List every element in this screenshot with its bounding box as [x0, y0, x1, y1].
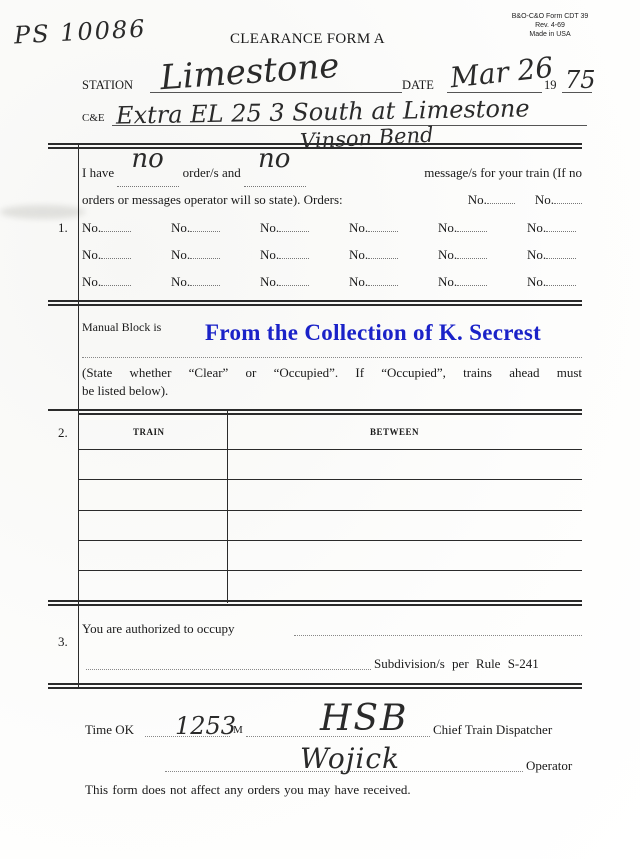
no-label: No.: [349, 274, 368, 289]
order-no-field[interactable]: No.: [527, 247, 576, 263]
no-label: No.: [171, 274, 190, 289]
station-field[interactable]: Limestone: [159, 46, 341, 98]
order-numbers-row: No. No. No. No. No. No.: [82, 247, 582, 263]
table-cell-train[interactable]: [78, 511, 227, 540]
authorized-occupy-text: You are authorized to occupy: [82, 621, 234, 637]
section1-top-rule-2: [48, 147, 582, 149]
operator-label: Operator: [526, 758, 572, 774]
no-label: No.: [527, 274, 546, 289]
manual-block-field[interactable]: [82, 357, 582, 358]
section1-line1: I have no order/s and no message/s for y…: [82, 160, 582, 187]
table-header-train: TRAIN: [133, 427, 165, 437]
no-label: No.: [468, 192, 487, 207]
order-no-field[interactable]: No.: [438, 247, 527, 263]
no-label: No.: [349, 220, 368, 235]
order-no-field[interactable]: No.: [349, 247, 438, 263]
manual-block-label: Manual Block is: [82, 320, 161, 335]
order-no-field[interactable]: No.: [535, 187, 582, 213]
section1-top-rule: [48, 143, 582, 145]
subdivision-field[interactable]: [86, 669, 371, 670]
table-cell-train[interactable]: [78, 571, 227, 600]
order-no-field[interactable]: No.: [527, 220, 576, 236]
messages-text: message/s for your train (If no: [424, 160, 582, 187]
section1-line2: orders or messages operator will so stat…: [82, 187, 582, 213]
block-instruction-line2: be listed below).: [82, 383, 168, 399]
date-field[interactable]: Mar 26: [449, 51, 555, 95]
time-ok-label: Time OK: [85, 722, 134, 738]
operator-signature: Wojick: [300, 742, 400, 775]
dispatcher-initials: HSB: [320, 698, 409, 739]
station-label: STATION: [82, 78, 133, 93]
form-revision: Rev. 4-69: [490, 21, 610, 30]
left-margin-rule: [78, 143, 79, 688]
order-no-field[interactable]: No.: [438, 274, 527, 290]
section3-bottom-rule: [48, 683, 582, 685]
table-top-rule: [48, 409, 582, 411]
form-number: B&O-C&O Form CDT 39: [490, 12, 610, 21]
section2-number: 2.: [58, 425, 68, 441]
collection-watermark: From the Collection of K. Secrest: [205, 320, 541, 346]
section3-bottom-rule-2: [48, 687, 582, 689]
orders-count-field[interactable]: no: [117, 160, 179, 187]
table-cell-between[interactable]: [228, 541, 582, 570]
no-label: No.: [349, 247, 368, 262]
section3-top-rule-2: [48, 604, 582, 606]
table-cell-between[interactable]: [228, 571, 582, 600]
section2-top-rule-2: [48, 304, 582, 306]
order-no-field[interactable]: No.: [468, 187, 515, 213]
no-label: No.: [527, 220, 546, 235]
table-top-rule-2: [78, 413, 582, 415]
orders-and-text: order/s and: [183, 165, 241, 180]
ce-field-line2[interactable]: Vinson Bend: [299, 123, 434, 154]
order-numbers-row: No. No. No. No. No. No.: [82, 220, 582, 236]
order-no-field[interactable]: No.: [438, 220, 527, 236]
order-no-field[interactable]: No.: [260, 274, 349, 290]
order-no-field[interactable]: No.: [349, 274, 438, 290]
dispatcher-label: Chief Train Dispatcher: [433, 722, 552, 738]
table-cell-train[interactable]: [78, 541, 227, 570]
table-header-between: BETWEEN: [370, 427, 419, 437]
orders-instruction: orders or messages operator will so stat…: [82, 187, 343, 213]
no-label: No.: [438, 274, 457, 289]
disclaimer-text: This form does not affect any orders you…: [85, 782, 411, 798]
order-no-field[interactable]: No.: [82, 220, 171, 236]
handwritten-id: PS 10086: [13, 15, 147, 50]
orders-count-value: no: [131, 146, 163, 172]
no-label: No.: [260, 274, 279, 289]
table-cell-between[interactable]: [228, 480, 582, 510]
occupy-field[interactable]: [294, 635, 582, 636]
order-no-field[interactable]: No.: [349, 220, 438, 236]
no-label: No.: [82, 274, 101, 289]
section2-top-rule: [48, 300, 582, 302]
order-no-field[interactable]: No.: [82, 274, 171, 290]
no-label: No.: [171, 220, 190, 235]
table-cell-train[interactable]: [78, 480, 227, 510]
messages-count-value: no: [258, 146, 290, 172]
no-label: No.: [82, 247, 101, 262]
no-label: No.: [260, 247, 279, 262]
order-no-field[interactable]: No.: [171, 220, 260, 236]
order-no-field[interactable]: No.: [260, 220, 349, 236]
order-no-field[interactable]: No.: [82, 247, 171, 263]
order-no-field[interactable]: No.: [171, 274, 260, 290]
no-label: No.: [82, 220, 101, 235]
clearance-form-page: B&O-C&O Form CDT 39 Rev. 4-69 Made in US…: [0, 0, 640, 859]
order-no-field[interactable]: No.: [527, 274, 576, 290]
no-label: No.: [535, 192, 554, 207]
order-numbers-row: No. No. No. No. No. No.: [82, 274, 582, 290]
no-label: No.: [527, 247, 546, 262]
time-suffix: M: [233, 724, 243, 736]
time-ok-value: 1253: [175, 712, 236, 740]
year-field[interactable]: 75: [565, 66, 596, 94]
no-label: No.: [171, 247, 190, 262]
order-no-field[interactable]: No.: [260, 247, 349, 263]
messages-count-field[interactable]: no: [244, 160, 306, 187]
table-cell-between[interactable]: [228, 511, 582, 540]
form-origin: Made in USA: [490, 30, 610, 39]
i-have-text: I have: [82, 165, 114, 180]
form-reference: B&O-C&O Form CDT 39 Rev. 4-69 Made in US…: [490, 12, 610, 39]
table-cell-between[interactable]: [228, 450, 582, 479]
ce-label: C&E: [82, 112, 105, 124]
section3-number: 3.: [58, 634, 68, 650]
order-no-field[interactable]: No.: [171, 247, 260, 263]
subdivision-rule-text: Subdivision/s per Rule S-241: [374, 656, 539, 672]
form-title: CLEARANCE FORM A: [230, 31, 385, 48]
block-instruction-line1: (State whether “Clear” or “Occupied”. If…: [82, 365, 582, 381]
table-cell-train[interactable]: [78, 450, 227, 479]
no-label: No.: [438, 220, 457, 235]
no-label: No.: [260, 220, 279, 235]
section1-number: 1.: [58, 220, 68, 236]
date-label: DATE: [402, 78, 434, 93]
paper-smudge: [0, 205, 85, 219]
no-label: No.: [438, 247, 457, 262]
section3-top-rule: [48, 600, 582, 602]
year-prefix: 19: [544, 78, 557, 93]
